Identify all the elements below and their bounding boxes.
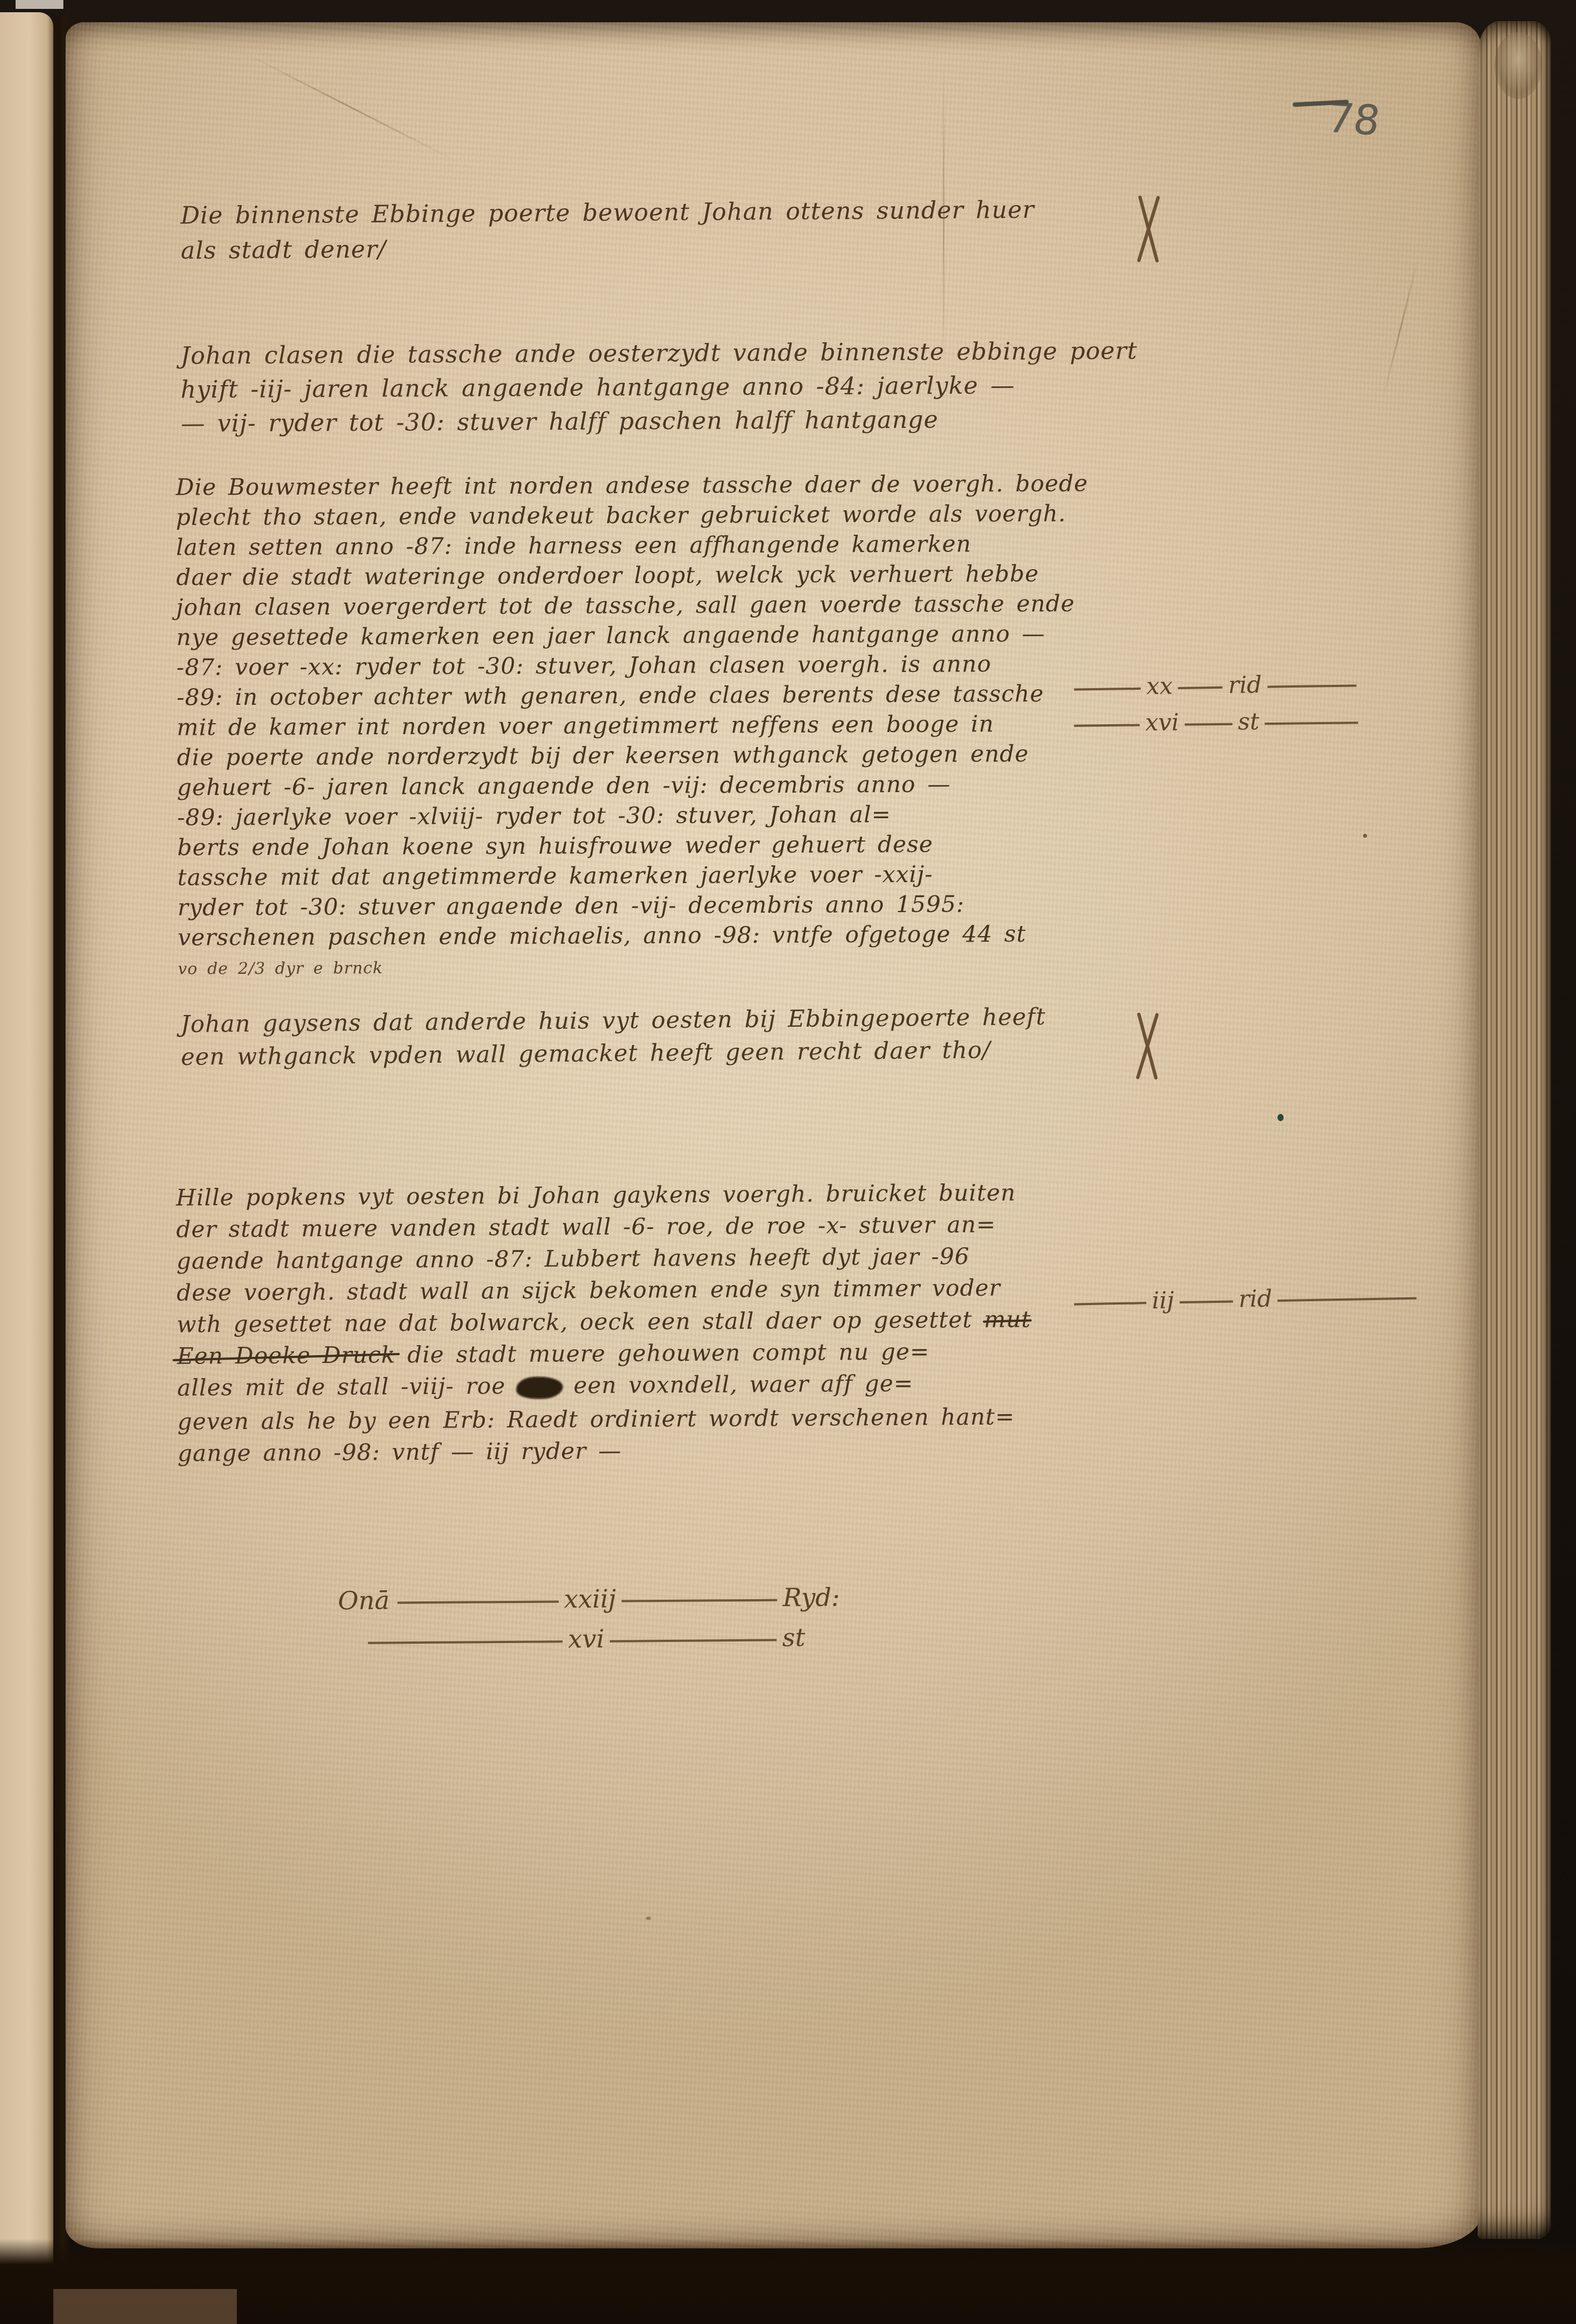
manuscript-line: Hille popkens vyt oesten bi Johan gayken…: [176, 1177, 1030, 1213]
account-rule-line: [1180, 1300, 1233, 1303]
account-rule-line: [1267, 684, 1356, 688]
facing-page-edge: [0, 12, 53, 2294]
manuscript-line: die poerte ande norderzydt bij der keers…: [177, 738, 1089, 772]
ink-speck: [1277, 1114, 1284, 1121]
manuscript-line: der stadt muere vanden stadt wall -6- ro…: [176, 1208, 1031, 1245]
folio-number: 78: [1324, 94, 1383, 145]
account-unit: rid: [1228, 673, 1262, 697]
manuscript-line: — vij- ryder tot -30: stuver halff pasch…: [181, 402, 1138, 441]
account-rule-line: [1074, 688, 1141, 691]
manuscript-line: Die Bouwmester heeft int norden andese t…: [176, 468, 1088, 502]
account-unit: st: [1238, 710, 1260, 733]
line-text: die stadt muere gehouwen compt nu ge=: [395, 1338, 929, 1368]
scanner-light-sliver: [16, 0, 63, 9]
margin-x-mark-icon: [1127, 1011, 1167, 1082]
account-rule-line: [1178, 686, 1222, 689]
manuscript-line: laten setten anno -87: inde harness een …: [176, 528, 1088, 562]
interlinear-note: vo de 2/3 dyr e brnck: [178, 949, 1090, 983]
margin-account-row: xvi st: [1068, 709, 1364, 735]
line-text: alles mit de stall -viij- roe: [177, 1372, 518, 1401]
manuscript-line: -89: in october achter wth genaren, ende…: [177, 678, 1089, 712]
paper-speck: [646, 1917, 651, 1920]
account-rule-line: [368, 1640, 563, 1644]
account-rule-line: [1185, 723, 1232, 726]
manuscript-line: berts ende Johan koene syn huisfrouwe we…: [177, 828, 1090, 862]
manuscript-line: verschenen paschen ende michaelis, anno …: [178, 918, 1090, 952]
manuscript-line: Die binnenste Ebbinge poerte bewoent Joh…: [181, 193, 1035, 234]
manuscript-line: als stadt dener/: [181, 228, 1035, 269]
account-rule-line: [1265, 721, 1358, 725]
manuscript-line: johan clasen voergerdert tot de tassche,…: [176, 588, 1088, 622]
line-text: een voxndell, waer aff ge=: [562, 1370, 914, 1399]
manuscript-line: hyift -iij- jaren lanck angaende hantgan…: [181, 368, 1138, 407]
entry-paragraph-3: Die Bouwmester heeft int norden andese t…: [176, 468, 1090, 983]
struck-word: mut: [984, 1306, 1031, 1333]
line-text: wth gesettet nae dat bolwarck, oeck een …: [177, 1306, 984, 1338]
manuscript-line: geven als he by een Erb: Raedt ordiniert…: [177, 1401, 1032, 1437]
entry-paragraph-4: Johan gaysens dat anderde huis vyt oeste…: [181, 1000, 1046, 1073]
account-rule-line: [622, 1599, 777, 1602]
manuscript-line: alles mit de stall -viij- roe mm een vox…: [177, 1367, 1032, 1406]
manuscript-line: daer die stadt wateringe onderdoer loopt…: [176, 558, 1088, 592]
manuscript-line: plecht tho staen, ende vandekeut backer …: [176, 498, 1088, 532]
summary-row: xvi st: [362, 1625, 806, 1653]
summary-amount: xvi: [568, 1626, 605, 1651]
manuscript-line: gehuert -6- jaren lanck angaende den -vi…: [177, 768, 1089, 802]
summary-unit: Ryd:: [783, 1585, 840, 1610]
manuscript-line: -89: jaerlyke voer -xlviij- ryder tot -3…: [177, 798, 1090, 832]
account-unit: rid: [1239, 1287, 1272, 1311]
paper-crease: [1383, 257, 1419, 398]
summary-unit: st: [782, 1625, 806, 1650]
manuscript-line: wth gesettet nae dat bolwarck, oeck een …: [177, 1303, 1031, 1340]
manuscript-line: nye gesettede kamerken een jaer lanck an…: [176, 618, 1088, 652]
account-rule-line: [1074, 724, 1140, 726]
paper-crease: [245, 53, 454, 160]
manuscript-line: ryder tot -30: stuver angaende den -vij-…: [177, 888, 1090, 922]
page-edge-dent: [1494, 32, 1542, 99]
entry-paragraph-2: Johan clasen die tassche ande oesterzydt…: [181, 334, 1138, 441]
account-amount: xvi: [1145, 711, 1179, 735]
manuscript-line: Een Doeke Druck die stadt muere gehouwen…: [177, 1335, 1031, 1372]
manuscript-line: tassche mit dat angetimmerde kamerken ja…: [177, 858, 1090, 892]
account-rule-line: [397, 1600, 559, 1604]
page-edge-stack: [1478, 21, 1551, 2239]
entry-paragraph-1: Die binnenste Ebbinge poerte bewoent Joh…: [181, 193, 1035, 269]
manuscript-line: mit de kamer int norden voer angetimmert…: [177, 708, 1089, 742]
account-rule-line: [1074, 1302, 1146, 1305]
manuscript-line: dese voergh. stadt wall an sijck bekomen…: [176, 1272, 1031, 1308]
summary-label: Onā: [338, 1586, 390, 1616]
account-rule-line: [1277, 1297, 1416, 1302]
table-ledge: [53, 2289, 237, 2324]
entry-paragraph-5: Hille popkens vyt oesten bi Johan gayken…: [176, 1177, 1032, 1469]
margin-x-mark-icon: [1128, 193, 1169, 265]
struck-words: Een Doeke Druck: [177, 1341, 396, 1369]
ink-blot: mm: [517, 1377, 562, 1397]
summary-row: Onā xxiij Ryd:: [338, 1582, 840, 1615]
account-rule-line: [610, 1639, 777, 1642]
paper-speck: [1363, 834, 1367, 838]
margin-account-row: xx rid: [1068, 671, 1362, 699]
account-amount: iij: [1152, 1288, 1175, 1312]
manuscript-line: gange anno -98: vntf — iij ryder —: [177, 1432, 1032, 1469]
manuscript-line: gaende hantgange anno -87: Lubbert haven…: [176, 1240, 1031, 1277]
account-amount: xx: [1146, 674, 1173, 698]
summary-amount: xxiij: [564, 1586, 617, 1612]
scan-background: 78 Die binnenste Ebbinge poerte bewoent …: [0, 0, 1576, 2324]
manuscript-line: -87: voer -xx: ryder tot -30: stuver, Jo…: [176, 648, 1088, 682]
manuscript-line: Johan clasen die tassche ande oesterzydt…: [181, 334, 1138, 373]
